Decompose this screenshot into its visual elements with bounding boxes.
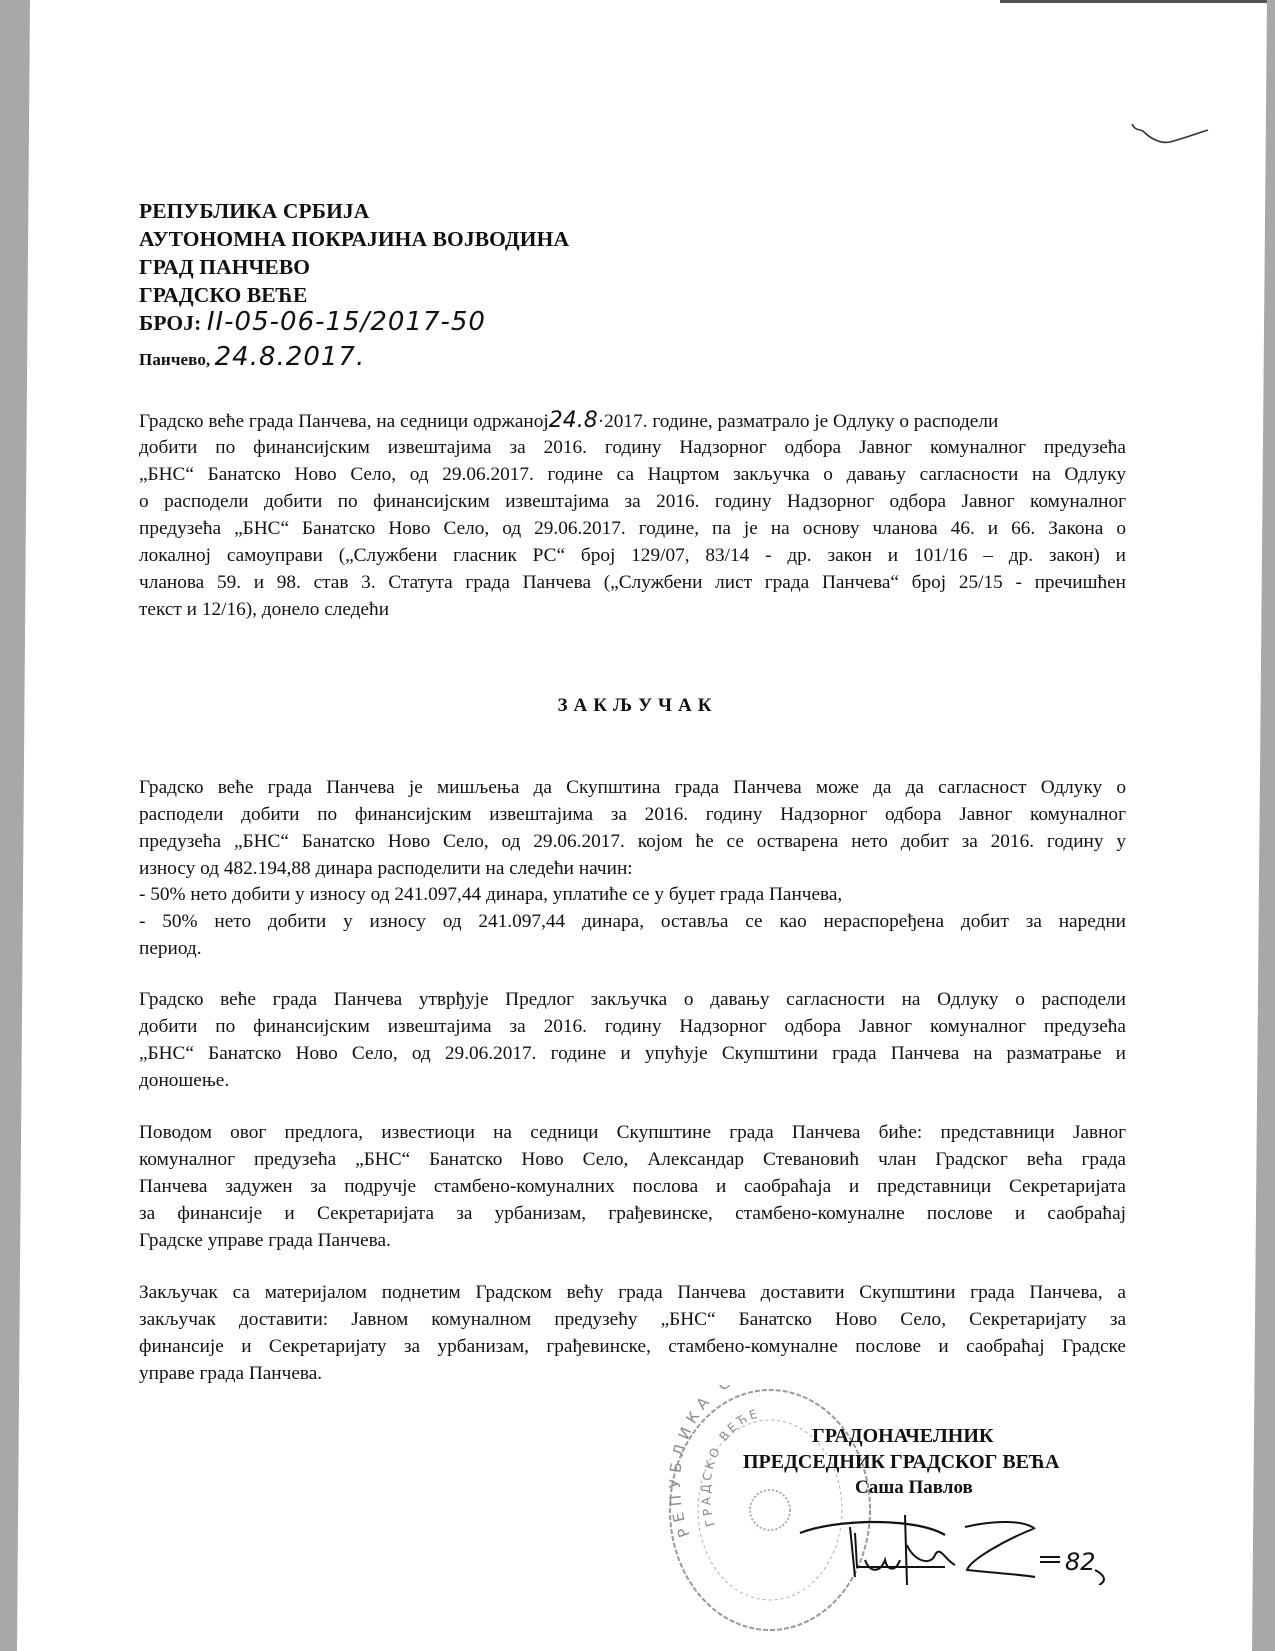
signatory-title-mayor: ГРАДОНАЧЕЛНИК (812, 1425, 993, 1448)
signatory-title-president: ПРЕДСЕДНИК ГРАДСКОГ ВЕЋА (743, 1451, 1059, 1474)
p3-line: Поводом овог предлога, известиоци на сед… (139, 1121, 1126, 1145)
signatory-name: Саша Павлов (855, 1477, 973, 1499)
header-city: ГРАД ПАНЧЕВО (139, 255, 310, 280)
intro-line: Градско веће града Панчева, на седници о… (139, 409, 1126, 434)
p4-line: финансије и Секретаријату за урбанизам, … (139, 1335, 1126, 1359)
header-province: АУТОНОМНА ПОКРАЈИНА ВОЈВОДИНА (139, 227, 569, 252)
p1-line: предузећа „БНС“ Банатско Ново Село, од 2… (139, 830, 1126, 854)
intro-line: локалној самоуправи („Службени гласник Р… (139, 544, 1126, 568)
pen-mark-scribble (1130, 118, 1210, 158)
intro-line: добити по финансијским извештајима за 20… (139, 436, 1126, 460)
handwritten-signature-icon: 82 (795, 1515, 1125, 1585)
p2-line: Градско веће града Панчева утврђује Пред… (139, 988, 1126, 1012)
svg-text:82: 82 (1065, 1548, 1096, 1576)
handwritten-session-date: 24.8 (549, 408, 598, 433)
handwritten-number: II-05-06-15/2017-50 (207, 307, 486, 337)
intro-line: о расподели добити по финансијским извеш… (139, 490, 1126, 514)
number-label: БРОЈ: (139, 311, 201, 335)
p2-line: добити по финансијским извештајима за 20… (139, 1015, 1126, 1039)
intro-line: „БНС“ Банатско Ново Село, од 29.06.2017.… (139, 463, 1126, 487)
document-date: Панчево, 24.8.2017. (139, 342, 365, 372)
p3-line: комуналног предузећа „БНС“ Банатско Ново… (139, 1148, 1126, 1172)
place-label: Панчево, (139, 350, 210, 369)
p2-line: „БНС“ Банатско Ново Село, од 29.06.2017.… (139, 1042, 1126, 1066)
p1-line: расподели добити по финансијским извешта… (139, 803, 1126, 827)
p1-line: износу од 482.194,88 динара расподелити … (139, 857, 1126, 881)
p3-line: Градске управе града Панчева. (139, 1229, 1126, 1253)
p3-line: Панчева задужен за подручје стамбено-ком… (139, 1175, 1126, 1199)
p4-line: управе града Панчева. (139, 1362, 1126, 1386)
header-council: ГРАДСКО ВЕЋЕ (139, 283, 307, 308)
official-stamp-icon: РЕПУБЛИКА СРБИЈА ГРАДСКО ВЕЋЕ (660, 1385, 880, 1635)
p2-line: доношење. (139, 1069, 1126, 1093)
document-number: БРОЈ: II-05-06-15/2017-50 (139, 307, 486, 337)
p3-line: за финансије и Секретаријата за урбаниза… (139, 1202, 1126, 1226)
p1-list-item: - 50% нето добити у износу од 241.097,44… (139, 910, 1126, 934)
document-title: ЗАКЉУЧАК (0, 695, 1275, 717)
p1-list-item-end: период. (139, 937, 1126, 961)
p1-line: Градско веће града Панчева је мишљења да… (139, 776, 1126, 800)
scan-edge (1000, 0, 1270, 3)
intro-line: предузећа „БНС“ Банатско Ново Село, од 2… (139, 517, 1126, 541)
intro-line: чланова 59. и 98. став 3. Статута града … (139, 571, 1126, 595)
p1-list-item: - 50% нето добити у износу од 241.097,44… (139, 883, 1126, 907)
header-republic: РЕПУБЛИКА СРБИЈА (139, 199, 369, 224)
p4-line: Закључак са материјалом поднетим Градско… (139, 1281, 1126, 1305)
p4-line: закључак доставити: Јавном комуналном пр… (139, 1308, 1126, 1332)
handwritten-date: 24.8.2017. (215, 342, 366, 372)
intro-line: текст и 12/16), донело следећи (139, 598, 1126, 622)
document-page: РЕПУБЛИКА СРБИЈА АУТОНОМНА ПОКРАЈИНА ВОЈ… (0, 0, 1275, 1651)
